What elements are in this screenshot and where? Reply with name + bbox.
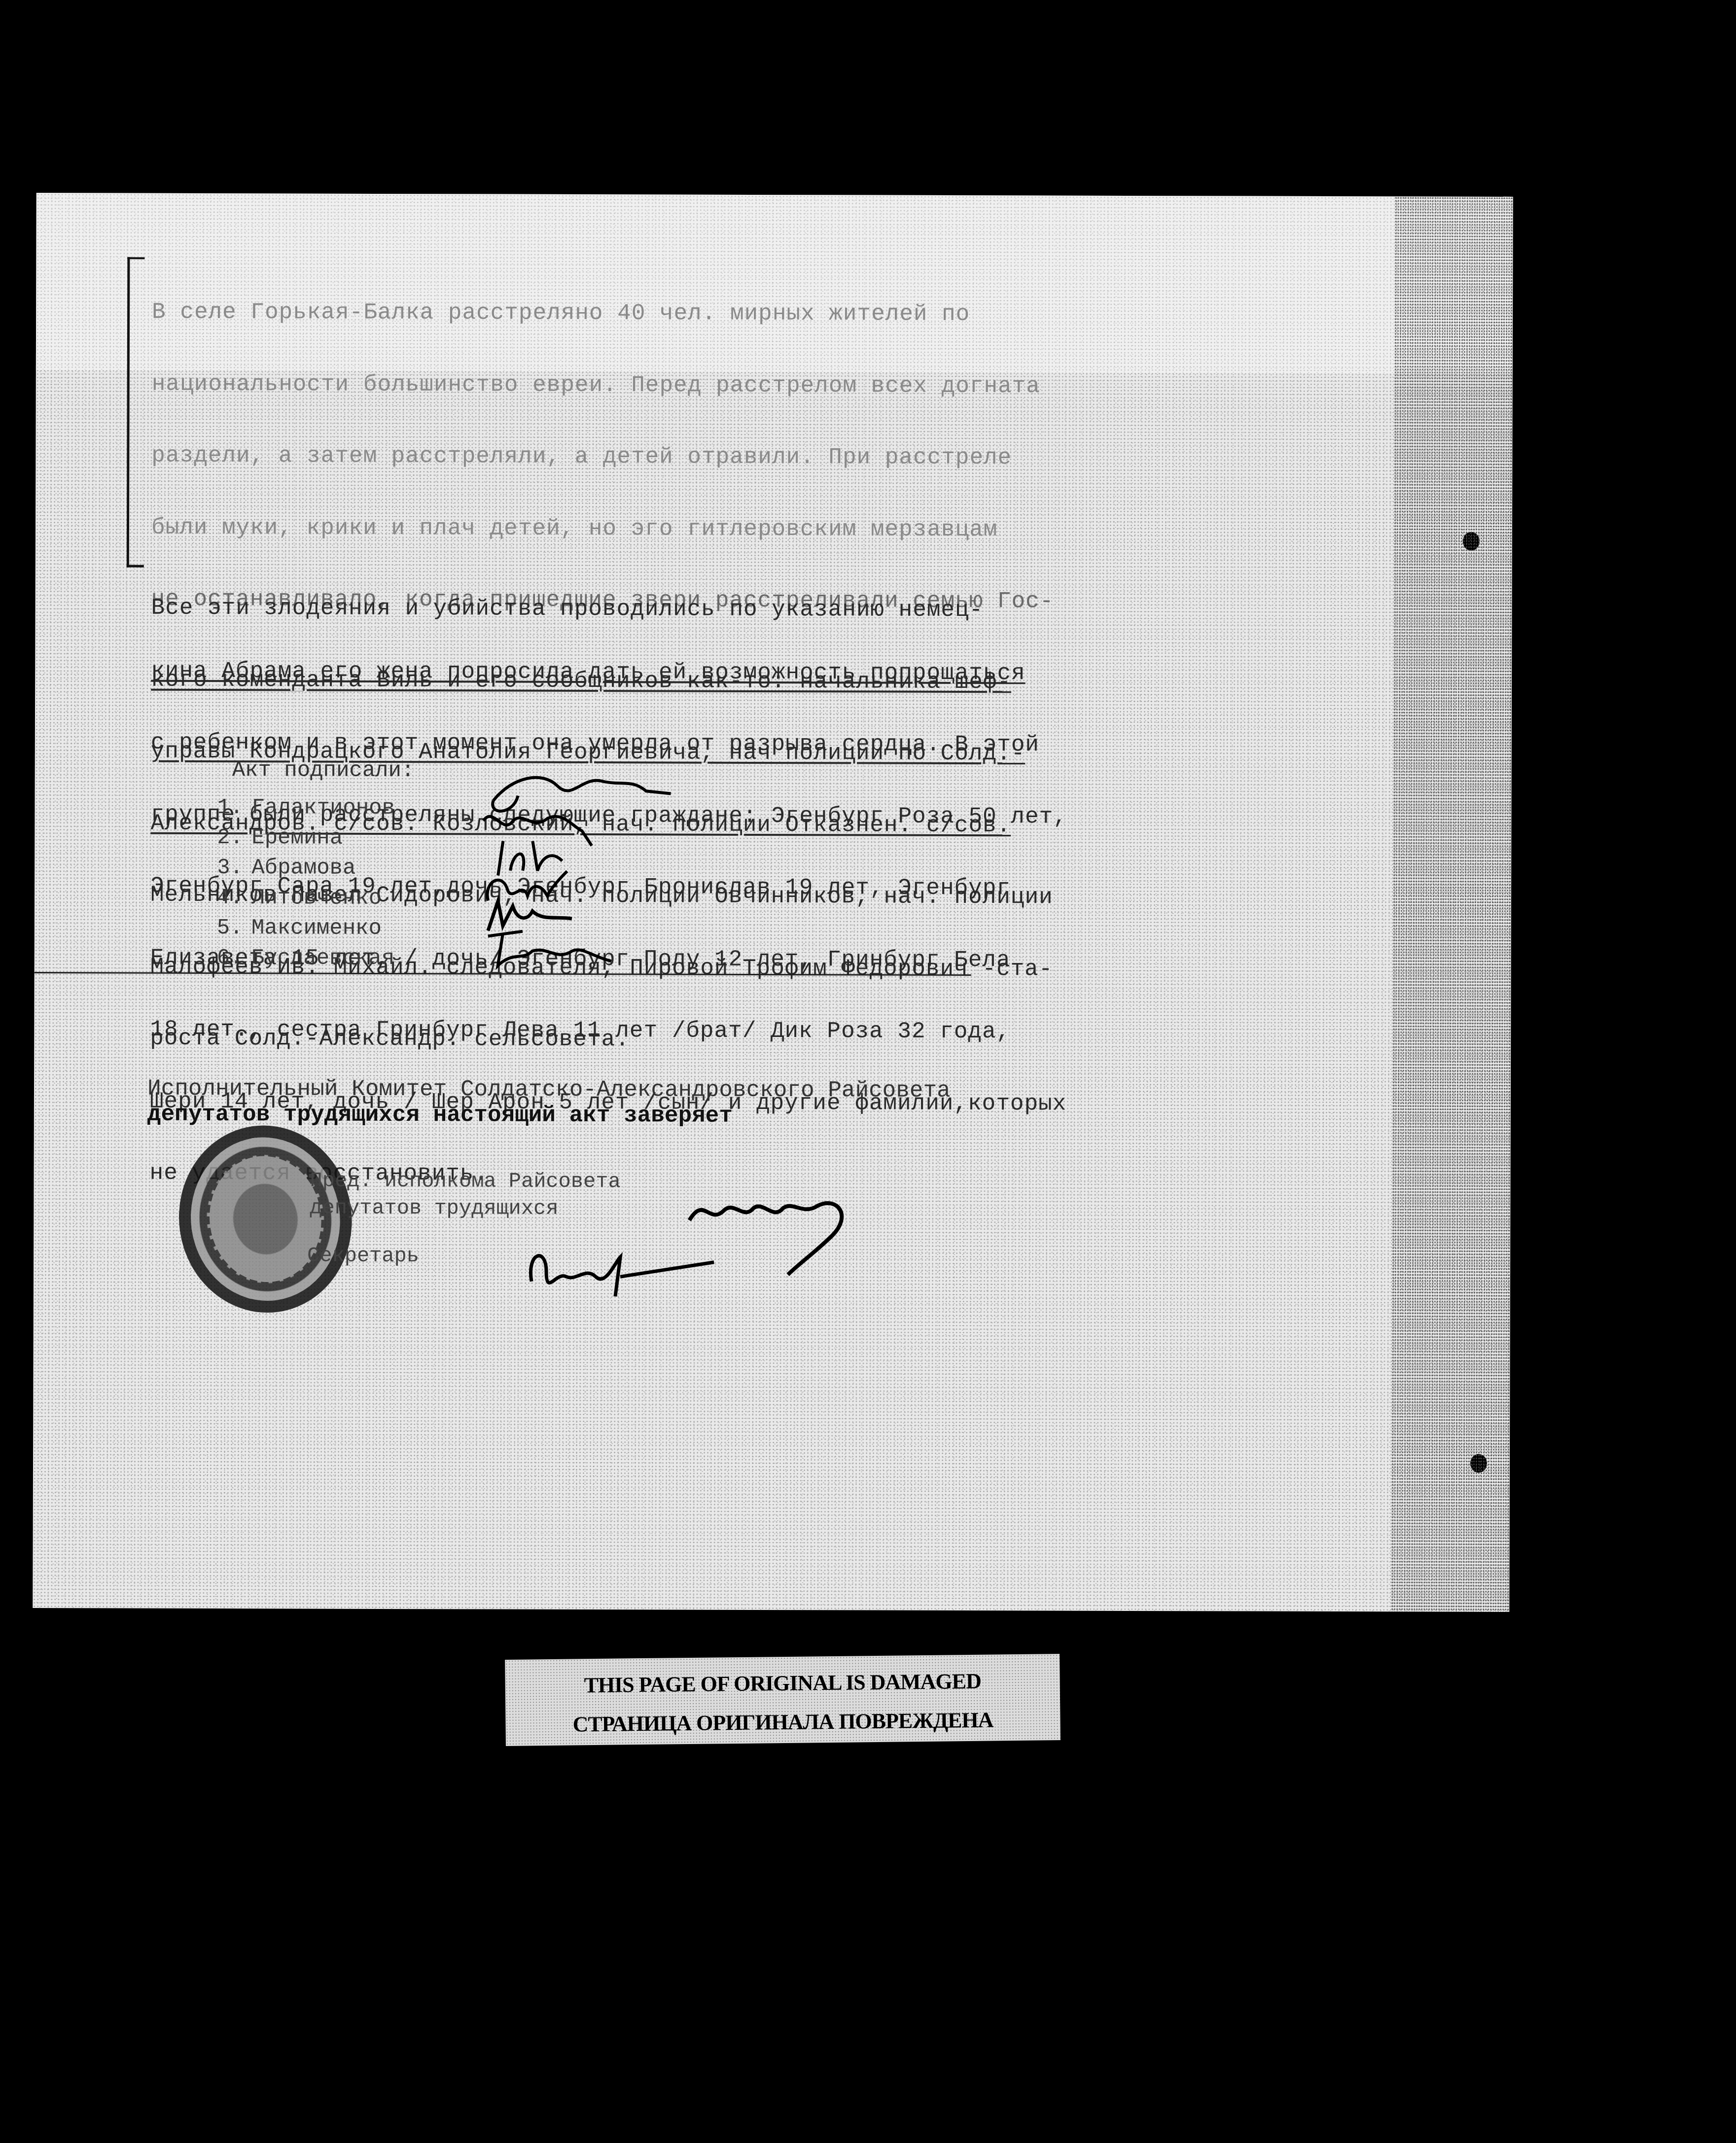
- signatory-name: Абрамова: [251, 856, 468, 881]
- text-line: национальности большинство евреи. Перед …: [152, 372, 1345, 399]
- hole-punch: [1470, 1454, 1487, 1473]
- text-line: Все эти злодеяния и убийства проводились…: [151, 596, 1344, 623]
- signatory-number: 4.: [217, 886, 251, 910]
- signed-label: Акт подписали:: [232, 758, 415, 783]
- handwritten-signature-icon: [484, 781, 489, 786]
- signatory-number: 5.: [217, 916, 251, 940]
- signatory-row: 2. Еремина: [217, 822, 468, 853]
- signatory-row: 1. Галактионов: [217, 792, 468, 823]
- text-line: депутатов трудящихся: [310, 1195, 620, 1223]
- signatories-list: 1. Галактионов 2. Еремина 3. Абрамова 4.…: [217, 792, 469, 973]
- signatory-number: 3.: [217, 856, 251, 880]
- certification-text: Исполнительный Комитет Солдатско-Алексан…: [147, 1076, 951, 1129]
- damage-notice-english: THIS PAGE OF ORIGINAL IS DAMAGED: [505, 1668, 1060, 1699]
- chairman-block: Пред. исполкома Райсовета депутатов труд…: [310, 1168, 620, 1223]
- damage-notice-russian: СТРАНИЦА ОРИГИНАЛА ПОВРЕЖДЕНА: [505, 1707, 1060, 1738]
- handwritten-signature-icon: [483, 871, 488, 876]
- damage-notice-label: THIS PAGE OF ORIGINAL IS DAMAGED СТРАНИЦ…: [505, 1654, 1061, 1746]
- handwritten-signature-icon: [483, 931, 488, 936]
- signatory-name: Буслаевская: [251, 946, 468, 971]
- text-line: были муки, крики и плач детей, но эго ги…: [151, 515, 1345, 542]
- signatory-number: 6.: [217, 946, 251, 970]
- signatory-name: Литовченко: [251, 886, 468, 911]
- signatory-number: 2.: [217, 825, 251, 850]
- text-line: роста Солд.-Александр. сельсовета.: [150, 1027, 1343, 1054]
- signatory-name: Еремина: [251, 825, 468, 851]
- signatory-row: 5. Максименко: [217, 913, 468, 943]
- handwritten-signature-icon: [483, 901, 488, 906]
- text-line: кого коменданта Виль и его сообщников ка…: [151, 668, 1344, 695]
- scanned-document-page: В селе Горькая-Балка расстреляно 40 чел.…: [33, 193, 1513, 1612]
- text-line: раздели, а затем расстреляли, а детей от…: [151, 444, 1345, 471]
- signatory-name: Галактионов: [251, 795, 468, 821]
- chairman-signature-icon: [689, 1196, 694, 1201]
- margin-bracket: [127, 257, 145, 568]
- text-line: Исполнительный Комитет Солдатско-Алексан…: [147, 1076, 951, 1104]
- signatory-name: Максименко: [251, 916, 468, 941]
- text-line: Пред. исполкома Райсовета: [310, 1168, 620, 1196]
- signatory-row: 4. Литовченко: [217, 883, 468, 913]
- signatory-row: 6. Буслаевская: [217, 943, 468, 973]
- text-line: В селе Горькая-Балка расстреляно 40 чел.…: [152, 300, 1345, 327]
- signatory-number: 1.: [217, 795, 251, 820]
- secretary-label: Секретарь: [307, 1244, 419, 1268]
- secretary-signature-icon: [527, 1252, 531, 1257]
- hole-punch: [1463, 532, 1480, 551]
- handwritten-signature-icon: [483, 811, 488, 816]
- text-line: депутатов трудящихся настоящий акт завер…: [147, 1102, 951, 1129]
- signatory-row: 3. Абрамова: [217, 853, 468, 883]
- handwritten-signature-icon: [483, 841, 488, 846]
